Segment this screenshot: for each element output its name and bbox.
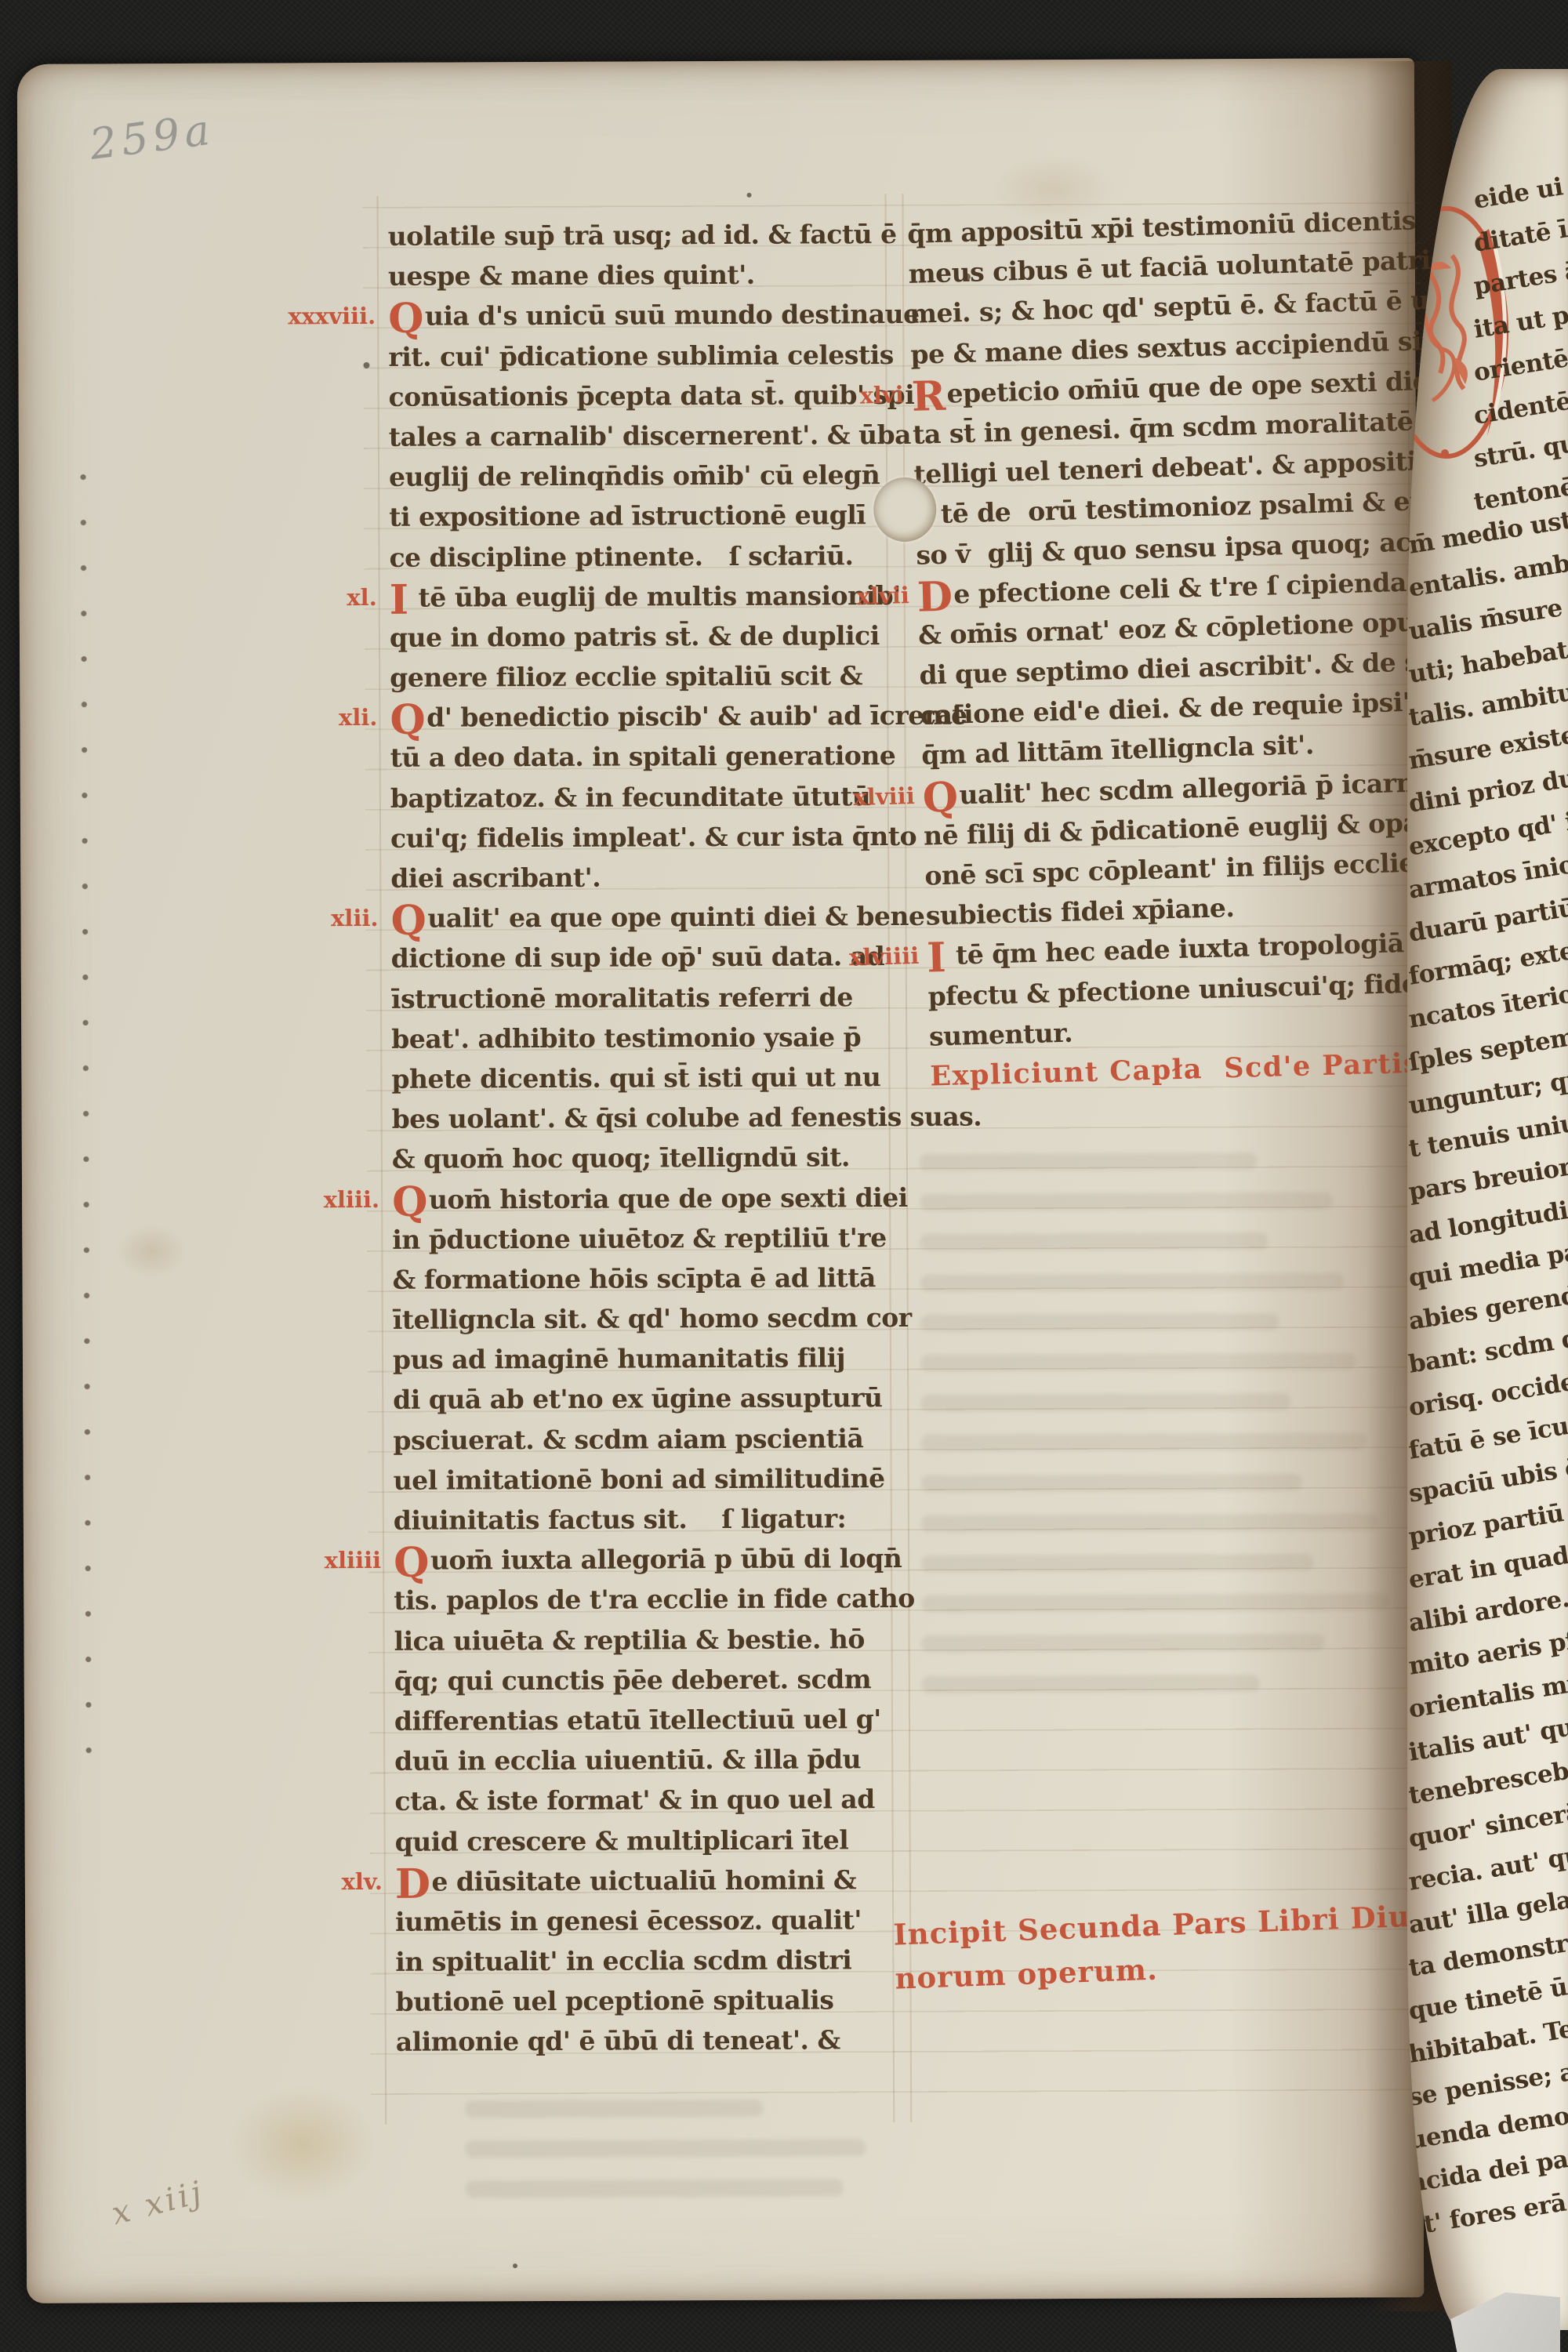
manuscript-photograph: 259a uolatile sup̄ trā usq; ad id. & fac… [0,0,1568,2352]
text-line: alimonie qd' ē ūbū di teneat'. & [396,2020,902,2062]
line-text: quid crescere & multiplicari ītel [395,1824,849,1857]
pricking-holes [78,455,93,1756]
text-line: xxxviii.Quia d's unicū suū mundo destina… [388,294,894,336]
line-text: uom̄ iuxta allegoriā p ūbū di loqn̄ [430,1543,902,1576]
showthrough-stripe [921,1513,1378,1533]
text-line: duū in ecclia uiuentiū. & illa p̄du [394,1739,900,1781]
line-text: baptizatoz. & in fecunditate ūtutū [390,781,871,814]
line-text: uia d's unicū suū mundo destinaue [425,299,920,332]
line-text: tis. paplos de t'ra ecclie in fide catho [394,1583,915,1616]
line-text: iumētis in genesi ēcessoz. qualit' [395,1904,862,1937]
text-line: tū a deo data. in spitali generatione [390,735,896,778]
manuscript-page: 259a uolatile sup̄ trā usq; ad id. & fac… [17,58,1424,2303]
chapter-numeral: xlii. [245,898,378,939]
text-line: ce discipline ptinente. ſ scłariū. [389,535,895,578]
rubric-initial: Q [390,696,425,744]
text-line: genere filioz ecclie spitaliū scit & [390,655,895,698]
line-text: cui'q; fidelis impleat'. & cur ista q̄nt… [390,821,916,854]
showthrough-stripe [920,1232,1268,1251]
ink-speck [513,2263,517,2268]
chapter-numeral: xlvi [801,375,904,418]
showthrough-stripe [922,1634,1325,1653]
showthrough-stripe [920,1433,1367,1452]
line-text: butionē uel pceptionē spitualis [395,1985,833,2017]
text-line: diei ascribant'. [390,856,896,898]
showthrough-stripe [920,1272,1345,1291]
ink-speck [363,362,369,368]
showthrough-stripe [466,2180,844,2198]
text-line: & quom̄ hoc quoq; ītelligndū sit. [392,1137,898,1179]
line-text: in spitualit' in ecclia scdm distri [395,1944,851,1977]
text-line: psciuerat. & scdm aiam pscientiā [393,1418,898,1461]
line-text: cta. & iste format' & in quo uel ad [394,1784,875,1817]
line-text: e diūsitate uictualiū homini & [431,1864,856,1896]
text-line: uolatile sup̄ trā usq; ad id. & factū ē [388,214,894,256]
fragment-line: eide ui [1472,134,1568,215]
line-text: q̄m ad littām ītelligncla sit'. [921,730,1315,771]
text-line: & formatione hōis scīpta ē ad littā [392,1258,898,1300]
text-line: di quā ab et'no ex ūgine assupturū [393,1377,898,1420]
line-text: subiectis fidei xp̄iane. [925,892,1235,931]
text-line: in p̄ductione uiuētoz & reptiliū t're [392,1218,898,1260]
text-line: lica uiuēta & reptilia & bestie. hō [394,1619,899,1661]
showthrough-stripe [921,1593,1389,1613]
line-text: ītelligncla sit. & qd' homo secdm cor [393,1302,912,1335]
line-text: genere filioz ecclie spitaliū scit & [390,660,862,693]
parchment-hole [873,477,936,542]
showthrough-stripe [920,1393,1290,1412]
showthrough-stripe [922,1675,1260,1693]
line-text: rit. cui' p̄dicatione sublimia celestis [388,339,894,372]
chapter-numeral: xliiii [248,1541,381,1581]
line-text: di quā ab et'no ex ūgine assupturū [393,1383,882,1416]
showthrough-stripe [921,1473,1302,1492]
rubric-initial: Q [392,1178,427,1225]
text-line: que in domo patris st̄. & de duplici [390,615,895,658]
showthrough-stripe [465,2100,763,2118]
facing-page-edge: eide uiditatē īpartes āita ut porientē.c… [1407,69,1568,2330]
line-text: euglij de relinqn̄dis om̄ib' cū elegn̄ [389,459,880,492]
showthrough-stripe [920,1152,1257,1171]
line-text: in p̄ductione uiuētoz & reptiliū t're [392,1222,886,1255]
line-text: & quom̄ hoc quoq; ītelligndū sit. [392,1142,850,1175]
incipit-line-2: norum operum. [895,1952,1159,1996]
line-text: ti expositione ad īstructionē euglī [389,499,866,532]
chapter-numeral: xlv. [249,1862,383,1903]
chapter-numeral: xlviii [812,776,915,819]
rubric-initial: I [390,575,408,623]
chapter-numeral: xxxviii. [242,296,376,337]
text-line: tis. paplos de t'ra ecclie in fide catho [394,1578,899,1621]
line-text: īstructionē moralitatis referri de [391,982,853,1014]
text-line: in spitualit' in ecclia scdm distri [395,1940,901,1982]
line-text: uolatile sup̄ trā usq; ad id. & factū ē [388,219,897,252]
line-text: uom̄ historia que de ope sexti diei [429,1181,908,1214]
ink-speck [747,193,752,198]
chapter-numeral: xl. [244,578,377,619]
text-line: uel imitationē boni ad similitudinē [394,1458,899,1501]
right-text-column: q̄m appositū xp̄i testimoniū dicentismeu… [907,200,1444,1096]
text-line: tales a carnalib' discernerent'. & ūba [389,415,895,457]
rubric-initial: Q [390,897,426,945]
chapter-numeral: xlvii [807,575,909,619]
rubric-initial: D [395,1860,430,1907]
line-text: psciuerat. & scdm aiam pscientiā [393,1423,863,1456]
parchment-stain [116,1224,187,1279]
line-text: uespe & mane dies quint'. [388,260,755,292]
line-text: phete dicentis. qui st̄ isti qui ut nu [391,1062,880,1094]
line-text: que in domo patris st̄. & de duplici [390,620,880,653]
chapter-numeral: xlviiii [817,936,920,979]
text-line: beat'. adhibito testimonio ysaie p̄ [391,1017,897,1059]
rubric-initial: Q [388,295,423,343]
showthrough-ghost-text [17,58,1414,64]
text-line: xliiiiQuom̄ iuxta allegoriā p ūbū di loq… [394,1538,899,1581]
text-line: iumētis in genesi ēcessoz. qualit' [395,1900,901,1942]
text-line: ti expositione ad īstructionē euglī [389,495,895,537]
text-line: bes uolant'. & q̄si colube ad fenestis s… [392,1097,898,1139]
line-text: d' benedictio piscib' & auib' ad īcremē [426,700,967,733]
text-line: cta. & iste format' & in quo uel ad [394,1779,900,1821]
line-text: differentias etatū ītellectiuū uel g' [394,1704,881,1737]
text-line: diuinitatis factus sit. ſ ligatur: [394,1498,899,1541]
text-line: uespe & mane dies quint'. [388,254,894,296]
text-line: xlv.De diūsitate uictualiū homini & [395,1860,901,1902]
showthrough-stripe [920,1313,1279,1332]
text-line: quid crescere & multiplicari ītel [395,1820,901,1862]
line-text: tū a deo data. in spitali generatione [390,740,896,773]
line-text: ce discipline ptinente. ſ scłariū. [389,540,853,573]
text-line: īstructionē moralitatis referri de [391,977,897,1019]
text-line: phete dicentis. qui st̄ isti qui ut nu [391,1057,897,1099]
line-text: diuinitatis factus sit. ſ ligatur: [394,1503,847,1536]
line-text: sumentur. [928,1017,1073,1051]
line-text: & formatione hōis scīpta ē ad littā [392,1262,875,1295]
showthrough-stripe [920,1352,1356,1371]
showthrough-stripe [920,1192,1333,1211]
line-text: pus ad imaginē humanitatis filij [393,1343,845,1376]
text-line: pus ad imaginē humanitatis filij [393,1338,898,1380]
text-line: xliii.Quom̄ historia que de ope sexti di… [392,1178,898,1220]
text-line: rit. cui' p̄dicatione sublimia celestis [388,335,894,377]
line-text: beat'. adhibito testimonio ysaie p̄ [391,1022,861,1054]
line-text: tales a carnalib' discernerent'. & ūba [389,419,911,452]
line-text: diei ascribant'. [390,862,601,894]
text-line: xlii.Qualit' ea que ope quinti diei & be… [390,896,896,938]
chapter-numeral: xli. [244,698,377,739]
folio-number-pencil: 259a [87,104,217,169]
text-line: differentias etatū ītellectiuū uel g' [394,1699,900,1741]
parchment-stain [228,2085,378,2204]
showthrough-stripe [465,2139,866,2158]
line-text: bes uolant'. & q̄si colube ad fenestis s… [392,1102,982,1134]
text-line: ītelligncla sit. & qd' homo secdm cor [393,1298,898,1340]
line-text: ualit' ea que ope quinti diei & bene [427,901,924,934]
line-text: duū in ecclia uiuentiū. & illa p̄du [394,1744,861,1777]
line-text: q̄q; qui cunctis p̄ēe deberet. scdm [394,1664,872,1697]
text-line: q̄q; qui cunctis p̄ēe deberet. scdm [394,1659,900,1701]
line-text: alimonie qd' ē ūbū di teneat'. & [396,2025,840,2057]
text-line: xli.Qd' benedictio piscib' & auib' ad īc… [390,695,895,738]
text-line: butionē uel pceptionē spitualis [395,1980,901,2022]
left-text-column: uolatile sup̄ trā usq; ad id. & factū ēu… [388,214,902,2062]
line-text: lica uiuēta & reptilia & bestie. hō [394,1624,864,1657]
rubric-initial: Q [394,1539,429,1587]
text-line: cui'q; fidelis impleat'. & cur ista q̄nt… [390,816,896,858]
showthrough-stripe [921,1554,1313,1573]
line-text: uel imitationē boni ad similitudinē [394,1463,885,1496]
line-text: dictione di sup ide op̄' suū data. ad [391,941,885,974]
chapter-numeral: xliii. [246,1179,379,1220]
quire-mark-ink: x xiij [108,2174,208,2232]
text-line: euglij de relinqn̄dis om̄ib' cū elegn̄ [389,455,895,497]
